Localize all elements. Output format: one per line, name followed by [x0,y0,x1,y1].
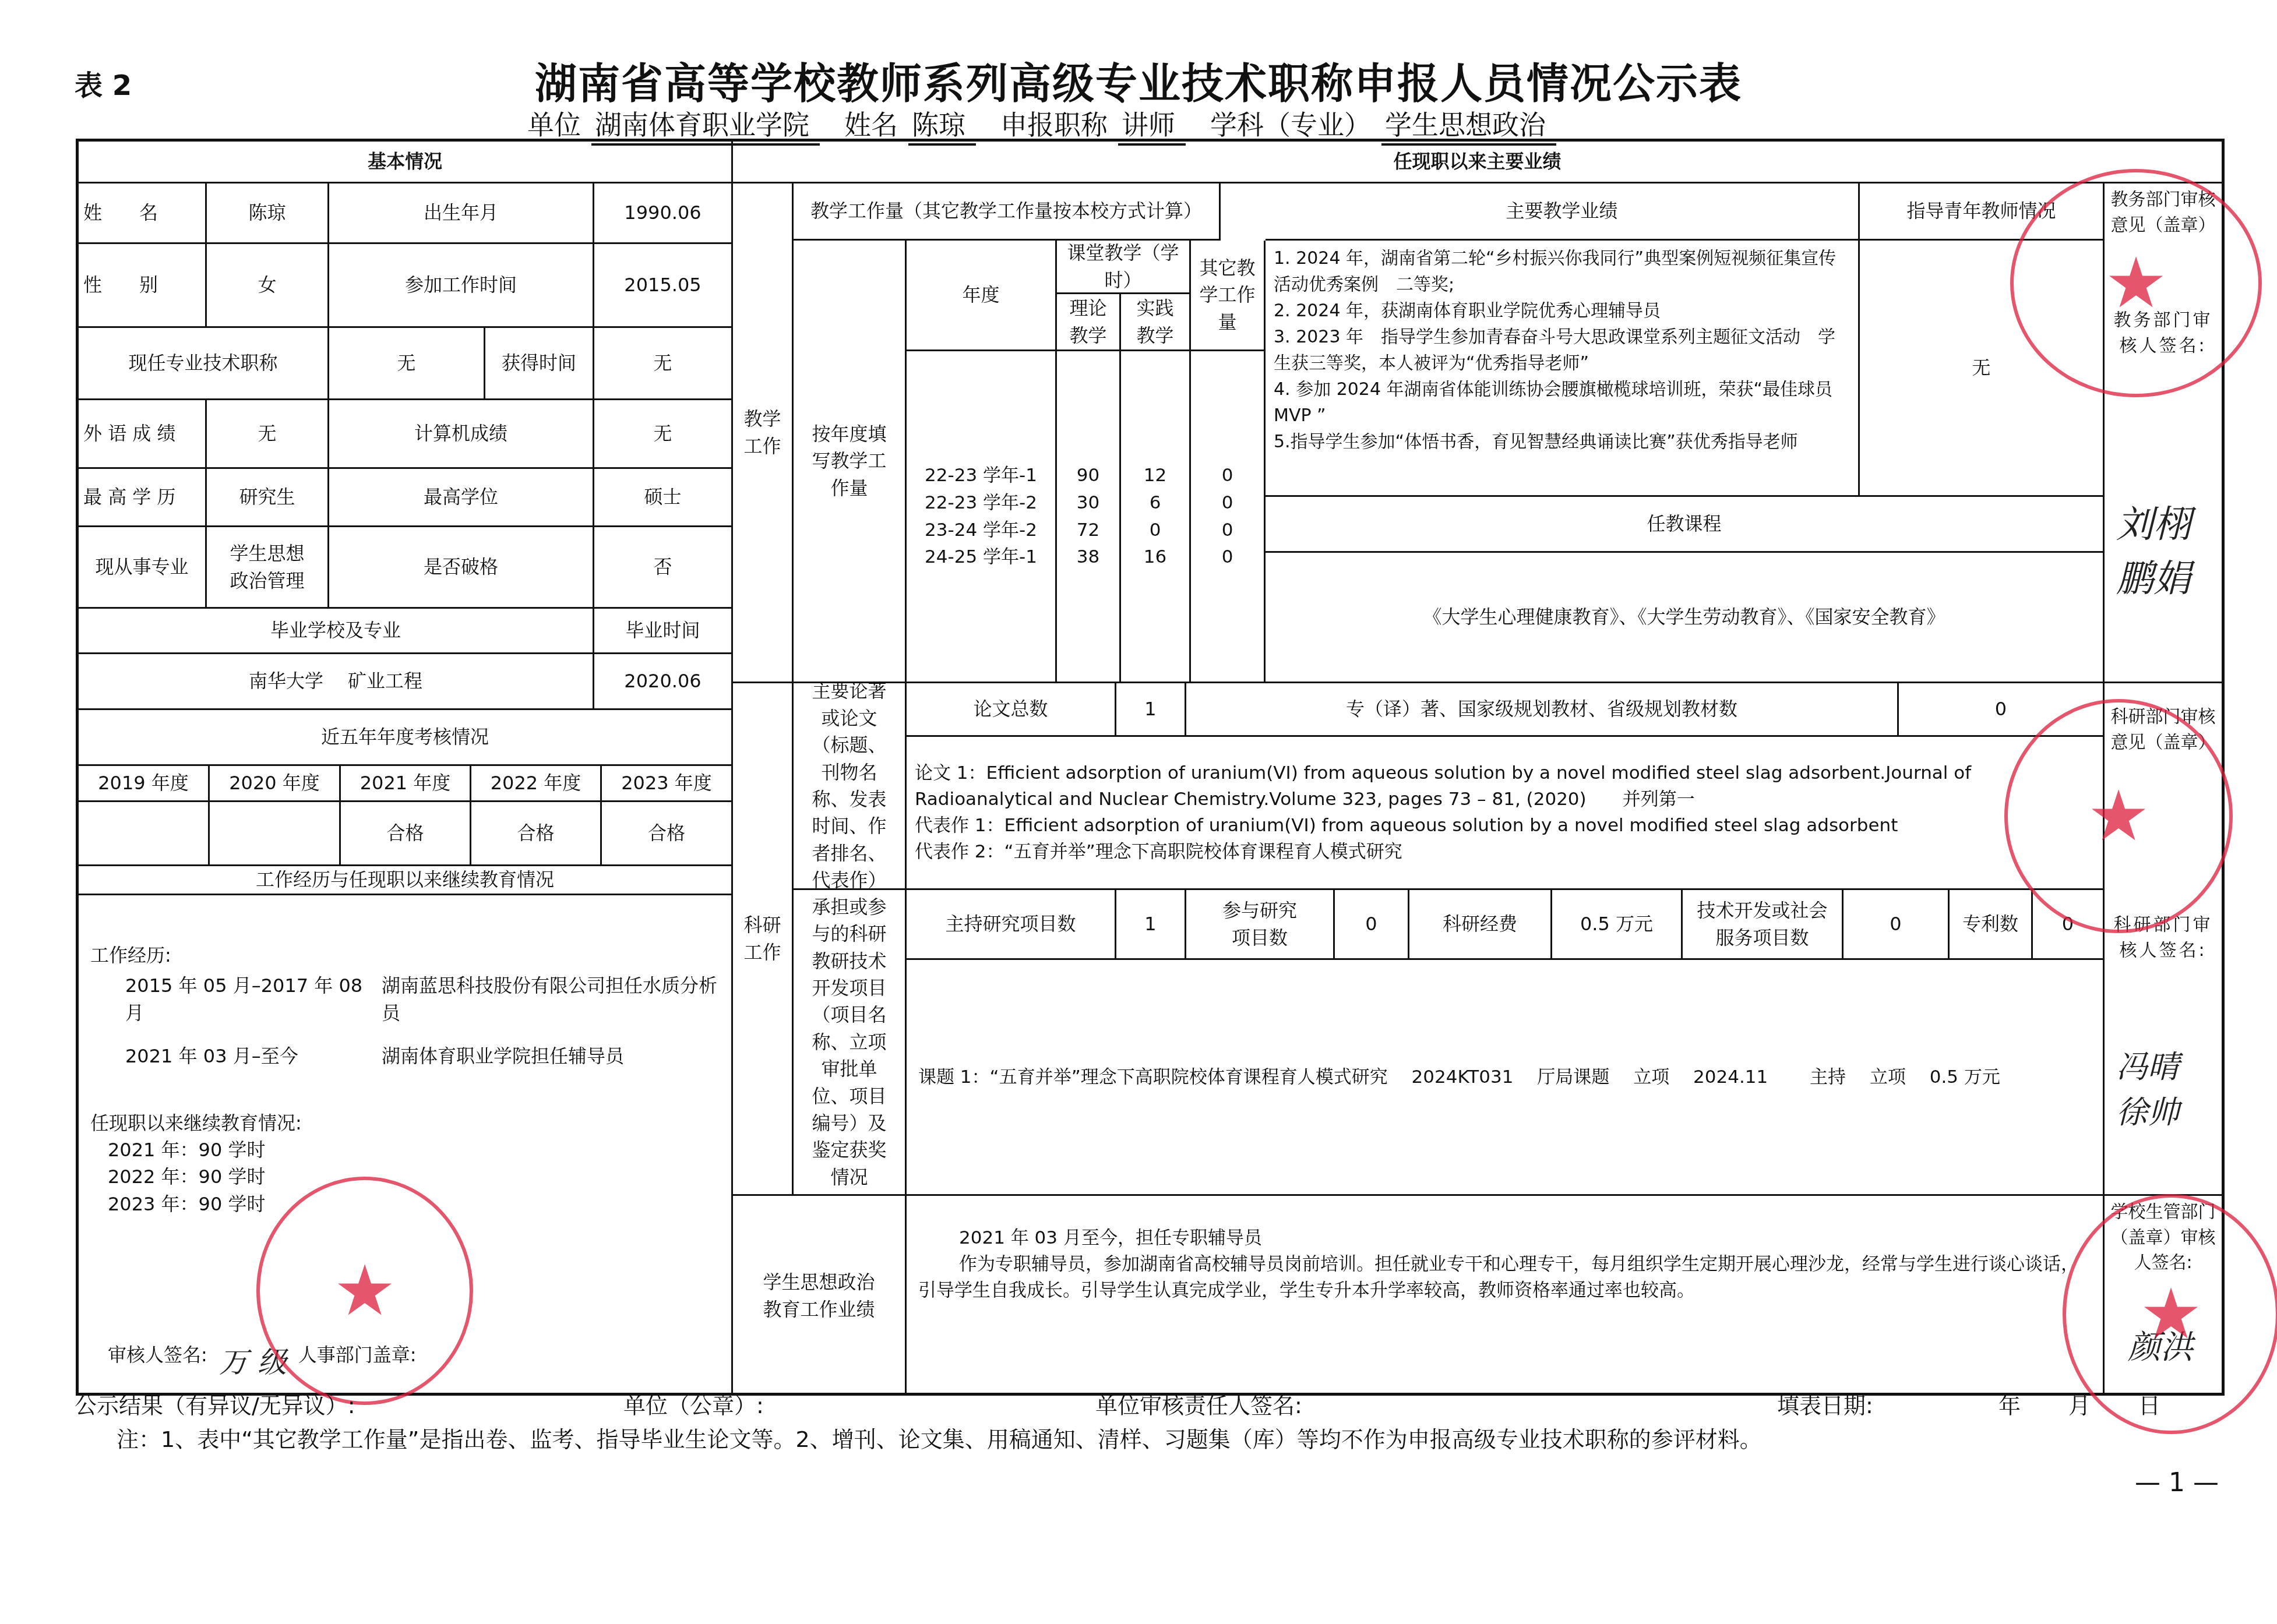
paper-item: 代表作 1：Efficient adsorption of uranium(VI… [915,813,1898,839]
achievements-list: 1. 2024 年，湖南省第二轮“乡村振兴你我同行”典型案例短视频征集宣传活动优… [1266,241,1860,497]
foreign-lang-label-cell: 外 语 成 绩 [79,400,207,469]
obtained-label-cell: 获得时间 [485,328,594,400]
year-header: 年度 [907,241,1057,351]
date-month-label: 月 [2068,1388,2091,1420]
responsible-signature-label: 单位审核责任人签名: [1095,1388,1302,1420]
teaching-label: 教学工作 [733,183,794,683]
student-affairs-review-cell: 学校生管部门（盖章）审核人签名: 颜洪 [2105,1196,2222,1396]
participated-label: 参与研究项目数 [1186,890,1335,960]
paper-item: 代表作 2：“五育并举”理念下高职院校体育课程育人模式研究 [915,839,1402,865]
ideological-line: 2021 年 03 月至今，担任专职辅导员 [918,1225,1262,1251]
dept-seal-label: 人事部门盖章: [298,1341,417,1384]
gender-label-cell: 性 别 [79,244,207,328]
work-history-label: 工作经历: [90,942,171,969]
unit-label: 单位 [527,104,581,142]
unit-seal-label: 单位（公章）: [623,1388,764,1420]
grad-school-cell: 南华大学 矿业工程 [79,654,594,710]
year-column: 22-23 学年-122-23 学年-223-24 学年-224-25 学年-1 [907,351,1057,683]
work-start-cell: 2015.05 [594,244,733,328]
other-header: 其它教学工作量 [1191,241,1266,351]
workload-theory: 38 [1077,544,1099,570]
workload-practice: 6 [1144,490,1166,516]
workload-year: 22-23 学年-2 [925,490,1037,516]
assessment-year: 2022 年度 [471,766,602,802]
student-affairs-signature: 颜洪 [2128,1324,2193,1371]
work-history-item: 2021 年 03 月–至今湖南体育职业学院担任辅导员 [125,1043,720,1069]
title-applied-label: 申报职称 [1000,104,1108,142]
continuing-edu-item: 2023 年：90 学时 [108,1191,266,1217]
projects-label: 承担或参与的科研教研技术开发项目（项目名称、立项审批单位、项目编号）及鉴定获奖情… [794,890,907,1196]
ideological-content: 2021 年 03 月至今，担任专职辅导员作为专职辅导员，参加湖南省高校辅导员岗… [907,1196,2105,1396]
education-cell: 研究生 [207,469,329,527]
name-cell: 陈琼 [207,183,329,244]
theory-column: 90307238 [1057,351,1121,683]
work-period: 2021 年 03 月–至今 [125,1043,382,1069]
degree-cell: 硕士 [594,469,733,527]
practice-column: 126016 [1121,351,1191,683]
work-desc: 湖南蓝思科技股份有限公司担任水质分析员 [382,972,720,1026]
courses-cell: 《大学生心理健康教育》、《大学生劳动教育》、《国家安全教育》 [1266,553,2105,683]
academic-opinion-label: 教务部门审核意见（盖章） [2110,187,2216,238]
ideological-label: 学生思想政治教育工作业绩 [733,1196,907,1396]
continuing-edu-label: 任现职以来继续教育情况: [90,1110,302,1136]
academic-signer-label: 教务部门审核人签名: [2110,308,2216,358]
degree-label-cell: 最高学位 [329,469,594,527]
assessment-result: 合格 [341,802,471,866]
grad-time-label-cell: 毕业时间 [594,609,733,654]
assessment-header: 近五年年度考核情况 [79,710,733,766]
footnote: 注：1、表中“其它教学工作量”是指出卷、监考、指导毕业生论文等。2、增刊、论文集… [117,1421,1762,1453]
computer-label-cell: 计算机成绩 [329,400,594,469]
workload-practice: 12 [1144,463,1166,489]
achievement-item: 3. 2023 年 指导学生参加青春奋斗号大思政课堂系列主题征文活动 学生获三等… [1274,324,1850,376]
paper-total-value: 1 [1116,683,1186,737]
date-year-label: 年 [1998,1388,2021,1420]
current-title-cell: 无 [329,328,485,400]
mentoring-header: 指导青年教师情况 [1860,183,2105,241]
assessment-result [210,802,341,866]
other-column: 0000 [1191,351,1266,683]
workload-year: 22-23 学年-1 [925,463,1037,489]
work-history-item: 2015 年 05 月–2017 年 08 月湖南蓝思科技股份有限公司担任水质分… [125,972,720,1026]
major-cell: 学生思想政治管理 [207,527,329,609]
practice-header: 实践教学 [1121,294,1191,351]
date-day-label: 日 [2138,1388,2160,1420]
workload-year: 23-24 学年-2 [925,517,1037,543]
academic-review-cell: 教务部门审核意见（盖章） 教务部门审核人签名: 刘栩鹏娟 [2105,183,2222,683]
name-label-cell: 姓 名 [79,183,207,244]
continuing-edu-item: 2021 年：90 学时 [108,1136,266,1163]
funding-label: 科研经费 [1409,890,1552,960]
workload-other: 0 [1222,463,1233,489]
work-period: 2015 年 05 月–2017 年 08 月 [125,972,382,1026]
page-number: — 1 — [2135,1468,2219,1498]
books-value: 0 [1899,683,2105,737]
workload-theory: 90 [1077,463,1099,489]
page-title: 湖南省高等学校教师系列高级专业技术职称申报人员情况公示表 [0,50,2277,110]
research-review-cell: 科研部门审核意见（盖章） 科研部门审核人签名: 冯晴徐帅 [2105,683,2222,1196]
major-label-cell: 现从事专业 [79,527,207,609]
assessment-year: 2020 年度 [210,766,341,802]
theory-header: 理论教学 [1057,294,1121,351]
grad-school-label-cell: 毕业学校及专业 [79,609,594,654]
result-label: 公示结果（有异议/无异议）: [75,1388,355,1420]
research-label: 科研工作 [733,683,794,1196]
workload-other: 0 [1222,544,1233,570]
gender-cell: 女 [207,244,329,328]
workload-theory: 30 [1077,490,1099,516]
workload-practice: 0 [1144,517,1166,543]
tech-service-value: 0 [1844,890,1950,960]
reviewer-signature-label: 审核人签名: [108,1341,207,1384]
assessment-year: 2019 年度 [79,766,210,802]
classroom-header: 课堂教学（学时） [1057,241,1191,294]
assessment-year: 2023 年度 [602,766,733,802]
birth-label-cell: 出生年月 [329,183,594,244]
student-affairs-label: 学校生管部门（盖章）审核人签名: [2110,1199,2216,1276]
workload-theory: 72 [1077,517,1099,543]
paper-item: 论文 1：Efficient adsorption of uranium(VI)… [915,760,2095,813]
ideological-line: 作为专职辅导员，参加湖南省高校辅导员岗前培训。担任就业专干和心理专干，每月组织学… [918,1251,2091,1304]
tech-service-label: 技术开发或社会服务项目数 [1683,890,1844,960]
courses-header: 任教课程 [1266,497,2105,553]
hosted-label: 主持研究项目数 [907,890,1116,960]
foreign-lang-cell: 无 [207,400,329,469]
birth-cell: 1990.06 [594,183,733,244]
achievement-item: 4. 参加 2024 年湖南省体能训练协会腰旗橄榄球培训班，荣获“最佳球员 MV… [1274,376,1850,429]
research-opinion-label: 科研部门审核意见（盖章） [2110,704,2216,755]
papers-list: 论文 1：Efficient adsorption of uranium(VI)… [907,737,2105,890]
computer-cell: 无 [594,400,733,469]
funding-value: 0.5 万元 [1552,890,1683,960]
education-label-cell: 最 高 学 历 [79,469,207,527]
research-signer-label: 科研部门审核人签名: [2110,912,2216,963]
books-label: 专（译）著、国家级规划教材、省级规划教材数 [1186,683,1899,737]
academic-signature: 刘栩鹏娟 [2116,498,2191,606]
achievement-item: 2. 2024 年，获湖南体育职业学院优秀心理辅导员 [1274,298,1661,324]
continuing-edu-item: 2022 年：90 学时 [108,1163,266,1190]
basic-section-header: 基本情况 [79,142,733,183]
obtained-cell: 无 [594,328,733,400]
performance-section-header: 任现职以来主要业绩 [733,142,2222,183]
workload-header: 教学工作量（其它教学工作量按本校方式计算） [794,183,1221,241]
reviewer-signature: 万 级 [219,1341,287,1384]
fill-by-year-label: 按年度填写教学工作量 [794,241,907,683]
hosted-value: 1 [1116,890,1186,960]
paper-total-label: 论文总数 [907,683,1116,737]
workload-practice: 16 [1144,544,1166,570]
patent-value: 0 [2033,890,2105,960]
achievement-item: 1. 2024 年，湖南省第二轮“乡村振兴你我同行”典型案例短视频征集宣传活动优… [1274,245,1850,298]
workload-other: 0 [1222,490,1233,516]
grad-time-cell: 2020.06 [594,654,733,710]
exception-cell: 否 [594,527,733,609]
assessment-result [79,802,210,866]
achievement-item: 5.指导学生参加“体悟书香，育见智慧经典诵读比赛”获优秀指导老师 [1274,429,1798,455]
exception-label-cell: 是否破格 [329,527,594,609]
work-desc: 湖南体育职业学院担任辅导员 [382,1043,720,1069]
experience-header: 工作经历与任现职以来继续教育情况 [79,866,733,895]
fill-date-label: 填表日期: [1777,1388,1873,1420]
papers-label: 主要论著或论文（标题、刊物名称、发表时间、作者排名、代表作） [794,683,907,890]
form-table: 基本情况 姓 名 陈琼 出生年月 1990.06 性 别 女 参加工作时间 20… [76,139,2225,1396]
assessment-result: 合格 [602,802,733,866]
workload-other: 0 [1222,517,1233,543]
assessment-year: 2021 年度 [341,766,471,802]
assessment-result: 合格 [471,802,602,866]
research-signature: 冯晴徐帅 [2116,1044,2179,1136]
achievements-header: 主要教学业绩 [1266,183,1860,241]
project-detail: 课题 1：“五育并举”理念下高职院校体育课程育人模式研究 2024KT031 厅… [907,960,2105,1196]
name-label: 姓名 [844,104,898,142]
patent-label: 专利数 [1950,890,2033,960]
workload-year: 24-25 学年-1 [925,544,1037,570]
discipline-label: 学科（专业） [1210,104,1371,142]
mentoring-cell: 无 [1860,241,2105,497]
experience-content: 工作经历: 2015 年 05 月–2017 年 08 月湖南蓝思科技股份有限公… [79,895,733,1396]
participated-value: 0 [1335,890,1409,960]
current-title-label-cell: 现任专业技术职称 [79,328,329,400]
work-start-label-cell: 参加工作时间 [329,244,594,328]
